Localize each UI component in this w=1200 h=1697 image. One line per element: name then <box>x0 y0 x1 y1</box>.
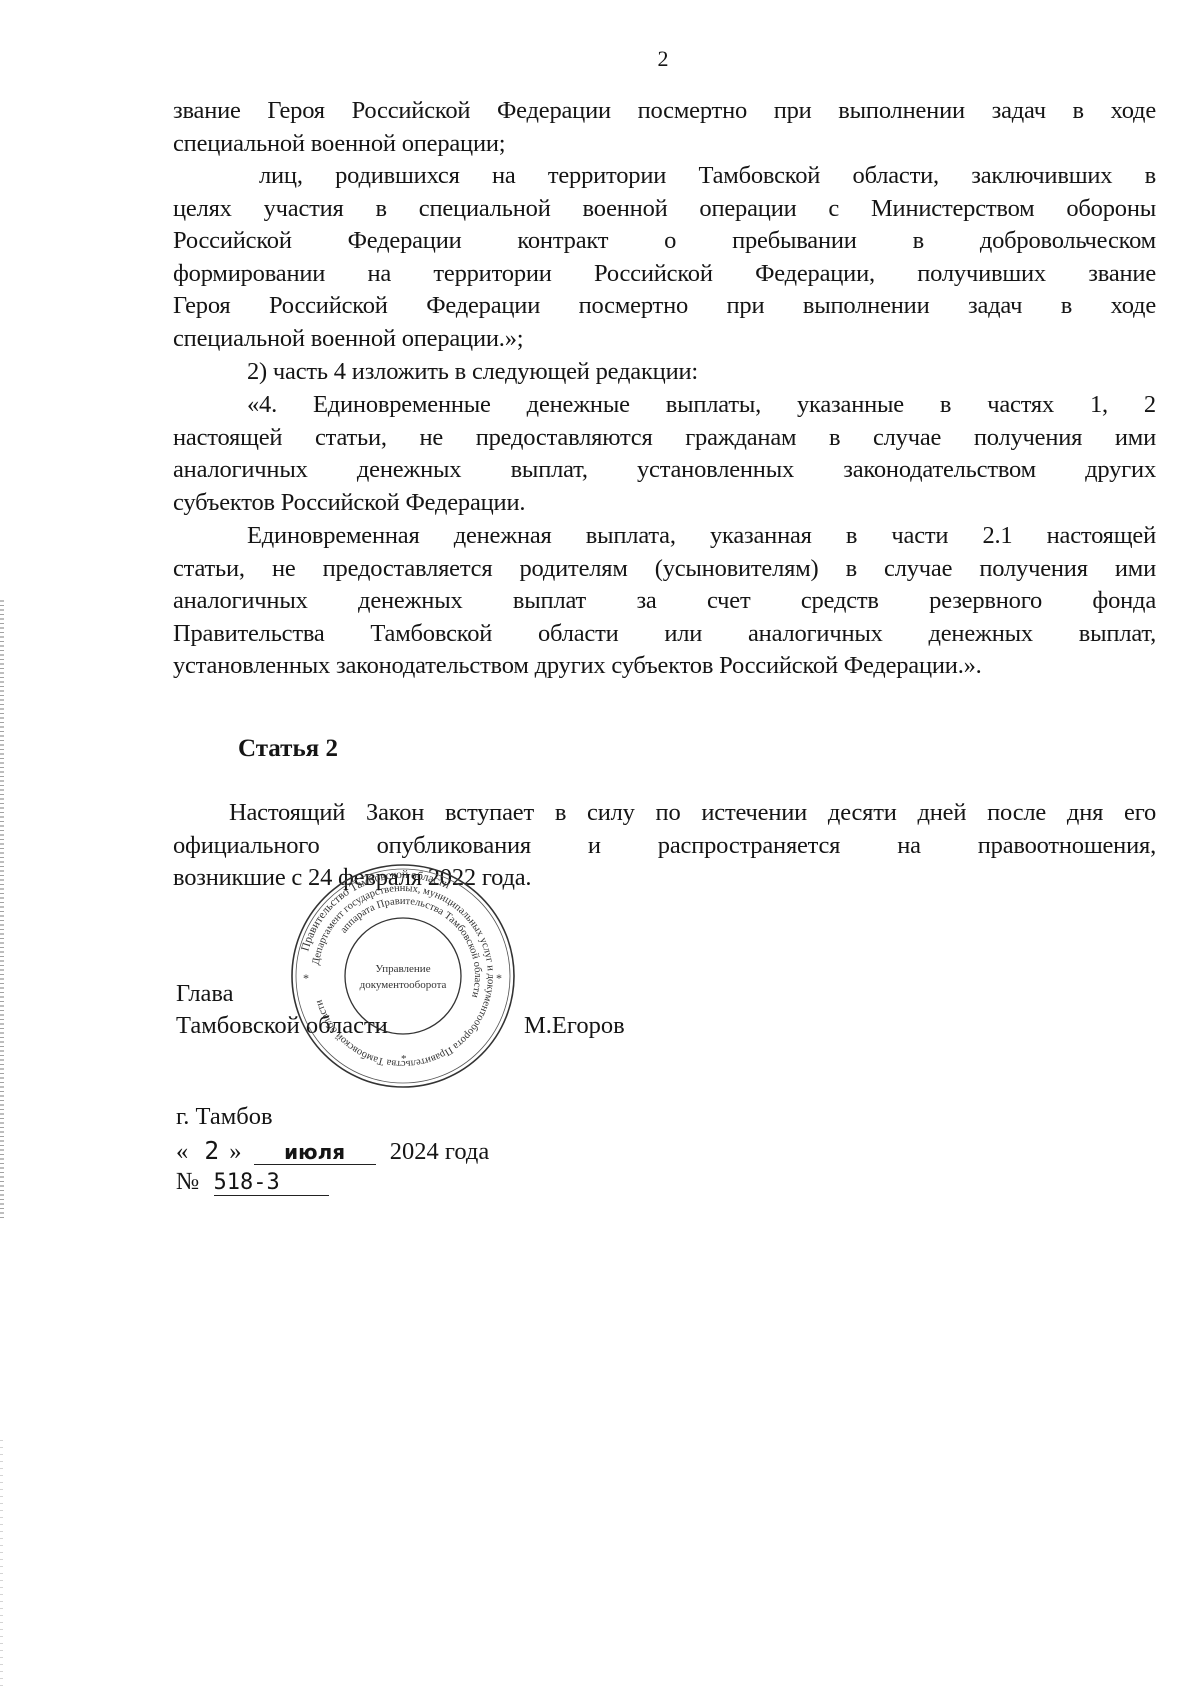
seal-star-icon: * <box>496 971 502 985</box>
seal-middle-text: Департамент государственных, муниципальн… <box>311 883 496 1069</box>
text-line: 2) часть 4 изложить в следующей редакции… <box>173 356 1156 389</box>
page-number: 2 <box>63 46 1200 72</box>
paragraph-part2-1: Единовременная денежная выплата, указанн… <box>173 520 1156 683</box>
text-line: звание Героя Российской Федерации посмер… <box>173 95 1156 128</box>
document-page: 2 звание Героя Российской Федерации посм… <box>0 0 1200 1697</box>
text-line: субъектов Российской Федерации. <box>173 487 1156 520</box>
text-line: статьи, не предоставляется родителям (ус… <box>173 553 1156 586</box>
paragraph-continuation: звание Героя Российской Федерации посмер… <box>173 95 1156 160</box>
city-label: г. Тамбов <box>176 1103 273 1131</box>
official-seal-stamp: Правительство Тамбовской области Департа… <box>289 862 517 1090</box>
date-quote-open: « <box>176 1138 188 1165</box>
text-line: Единовременная денежная выплата, указанн… <box>173 520 1156 553</box>
scan-edge-artifact <box>0 1440 3 1690</box>
seal-star-icon: * <box>401 1053 407 1065</box>
text-line: Российской Федерации контракт о пребыван… <box>173 225 1156 258</box>
text-line: установленных законодательством других с… <box>173 650 1156 683</box>
date-line: « 2 » июля 2024 года <box>176 1136 489 1166</box>
text-line: целях участия в специальной военной опер… <box>173 193 1156 226</box>
seal-center-line1: Управление <box>375 963 430 975</box>
law-number-line: № 518-З <box>176 1168 329 1196</box>
text-line: настоящей статьи, не предоставляются гра… <box>173 422 1156 455</box>
date-quote-close: » <box>229 1138 241 1165</box>
seal-star-icon: * <box>303 971 309 985</box>
date-year: 2024 года <box>390 1138 489 1165</box>
text-line: «4. Единовременные денежные выплаты, ука… <box>173 389 1156 422</box>
text-line: лиц, родившихся на территории Тамбовской… <box>173 160 1156 193</box>
seal-center-line2: документооборота <box>360 979 447 991</box>
scan-edge-artifact <box>0 600 4 1220</box>
date-month: июля <box>254 1140 376 1165</box>
text-line: специальной военной операции.»; <box>173 323 1156 356</box>
paragraph-part4-instruction: 2) часть 4 изложить в следующей редакции… <box>173 356 1156 389</box>
text-line: официального опубликования и распростран… <box>173 830 1156 863</box>
text-line: Правительства Тамбовской области или ана… <box>173 618 1156 651</box>
text-line: аналогичных денежных выплат за счет сред… <box>173 585 1156 618</box>
text-line: аналогичных денежных выплат, установленн… <box>173 454 1156 487</box>
text-line: Героя Российской Федерации посмертно при… <box>173 290 1156 323</box>
text-line: Настоящий Закон вступает в силу по истеч… <box>173 797 1156 830</box>
paragraph-persons-born-tambov: лиц, родившихся на территории Тамбовской… <box>173 160 1156 356</box>
date-day: 2 <box>204 1136 219 1165</box>
paragraph-part4-text: «4. Единовременные денежные выплаты, ука… <box>173 389 1156 519</box>
article-heading: Статья 2 <box>238 735 338 763</box>
law-number: 518-З <box>214 1170 329 1196</box>
signature-title-line1: Глава <box>176 980 234 1008</box>
number-label: № <box>176 1168 199 1195</box>
text-line: специальной военной операции; <box>173 128 1156 161</box>
text-line: формировании на территории Российской Фе… <box>173 258 1156 291</box>
signatory-name: М.Егоров <box>524 1012 625 1040</box>
